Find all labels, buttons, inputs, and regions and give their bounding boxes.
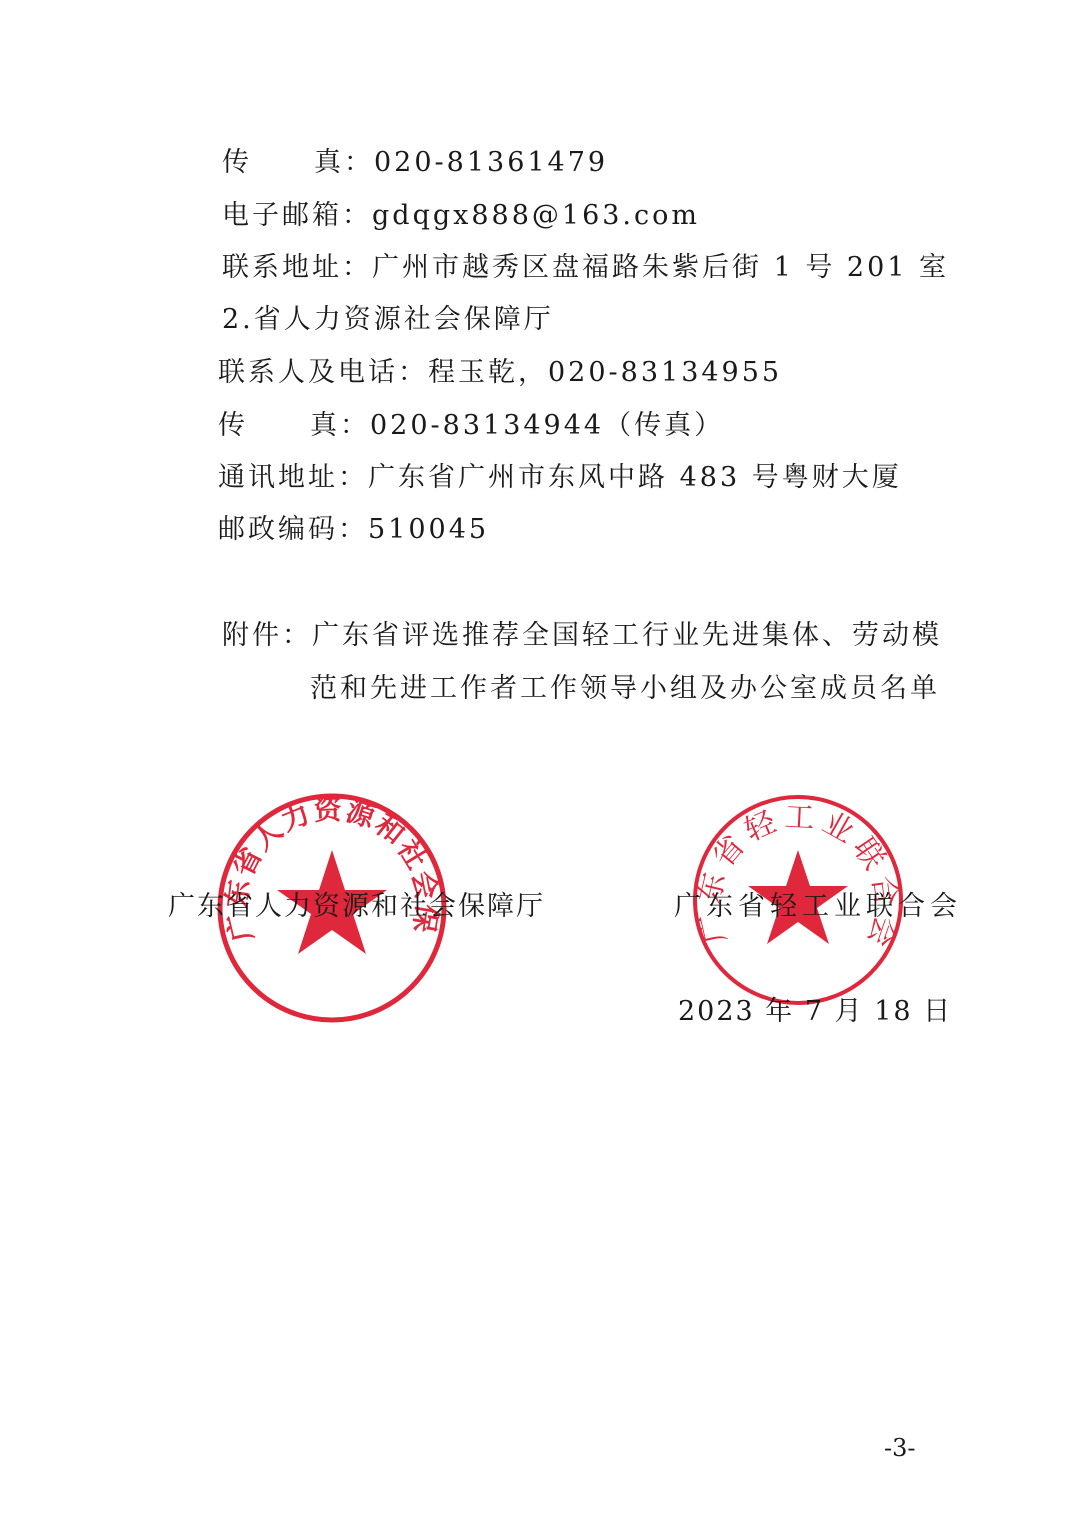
- contact-person-line: 联系人及电话：程玉乾，020-83134955: [218, 356, 782, 390]
- attachment-label: 附件：: [222, 620, 312, 651]
- fax-value: 020-83134944（传真）: [370, 410, 724, 441]
- signing-date: 2023 年 7 月 18 日: [678, 989, 952, 1028]
- section-heading-2: 2.省人力资源社会保障厅: [222, 303, 554, 337]
- address-line-2: 通讯地址：广东省广州市东风中路 483 号粤财大厦: [218, 461, 902, 495]
- fax-line-1: 传真：020-81361479: [222, 146, 608, 180]
- fax-label-a: 传: [222, 147, 252, 178]
- address-value: 广州市越秀区盘福路朱紫后街 1 号 201 室: [372, 252, 949, 283]
- address-value: 广东省广州市东风中路 483 号粤财大厦: [368, 462, 902, 493]
- left-org-name: 广东省人力资源和社会保障厅: [168, 884, 545, 923]
- contact-value: 程玉乾，020-83134955: [428, 357, 782, 388]
- address-line-1: 联系地址：广州市越秀区盘福路朱紫后街 1 号 201 室: [222, 251, 949, 285]
- postcode-line: 邮政编码：510045: [218, 513, 489, 547]
- postcode-value: 510045: [368, 514, 489, 545]
- address-label: 通讯地址：: [218, 462, 368, 493]
- attachment-line-1: 附件：广东省评选推荐全国轻工行业先进集体、劳动模: [222, 619, 942, 653]
- fax-value: 020-81361479: [374, 147, 608, 178]
- fax-line-2: 传真：020-83134944（传真）: [218, 409, 724, 443]
- postcode-label: 邮政编码：: [218, 514, 368, 545]
- page-number: -3-: [884, 1434, 916, 1462]
- email-value: gdqgx888@163.com: [372, 200, 700, 231]
- email-line: 电子邮箱：gdqgx888@163.com: [222, 199, 700, 233]
- contact-label: 联系人及电话：: [218, 357, 428, 388]
- fax-label-b: 真：: [310, 410, 370, 441]
- attachment-title-1: 广东省评选推荐全国轻工行业先进集体、劳动模: [312, 620, 942, 651]
- address-label: 联系地址：: [222, 252, 372, 283]
- fax-label-b: 真：: [314, 147, 374, 178]
- email-label: 电子邮箱：: [222, 200, 372, 231]
- right-org-name: 广东省轻工业联合会: [674, 884, 962, 923]
- attachment-line-2: 范和先进工作者工作领导小组及办公室成员名单: [310, 672, 940, 706]
- fax-label-a: 传: [218, 410, 248, 441]
